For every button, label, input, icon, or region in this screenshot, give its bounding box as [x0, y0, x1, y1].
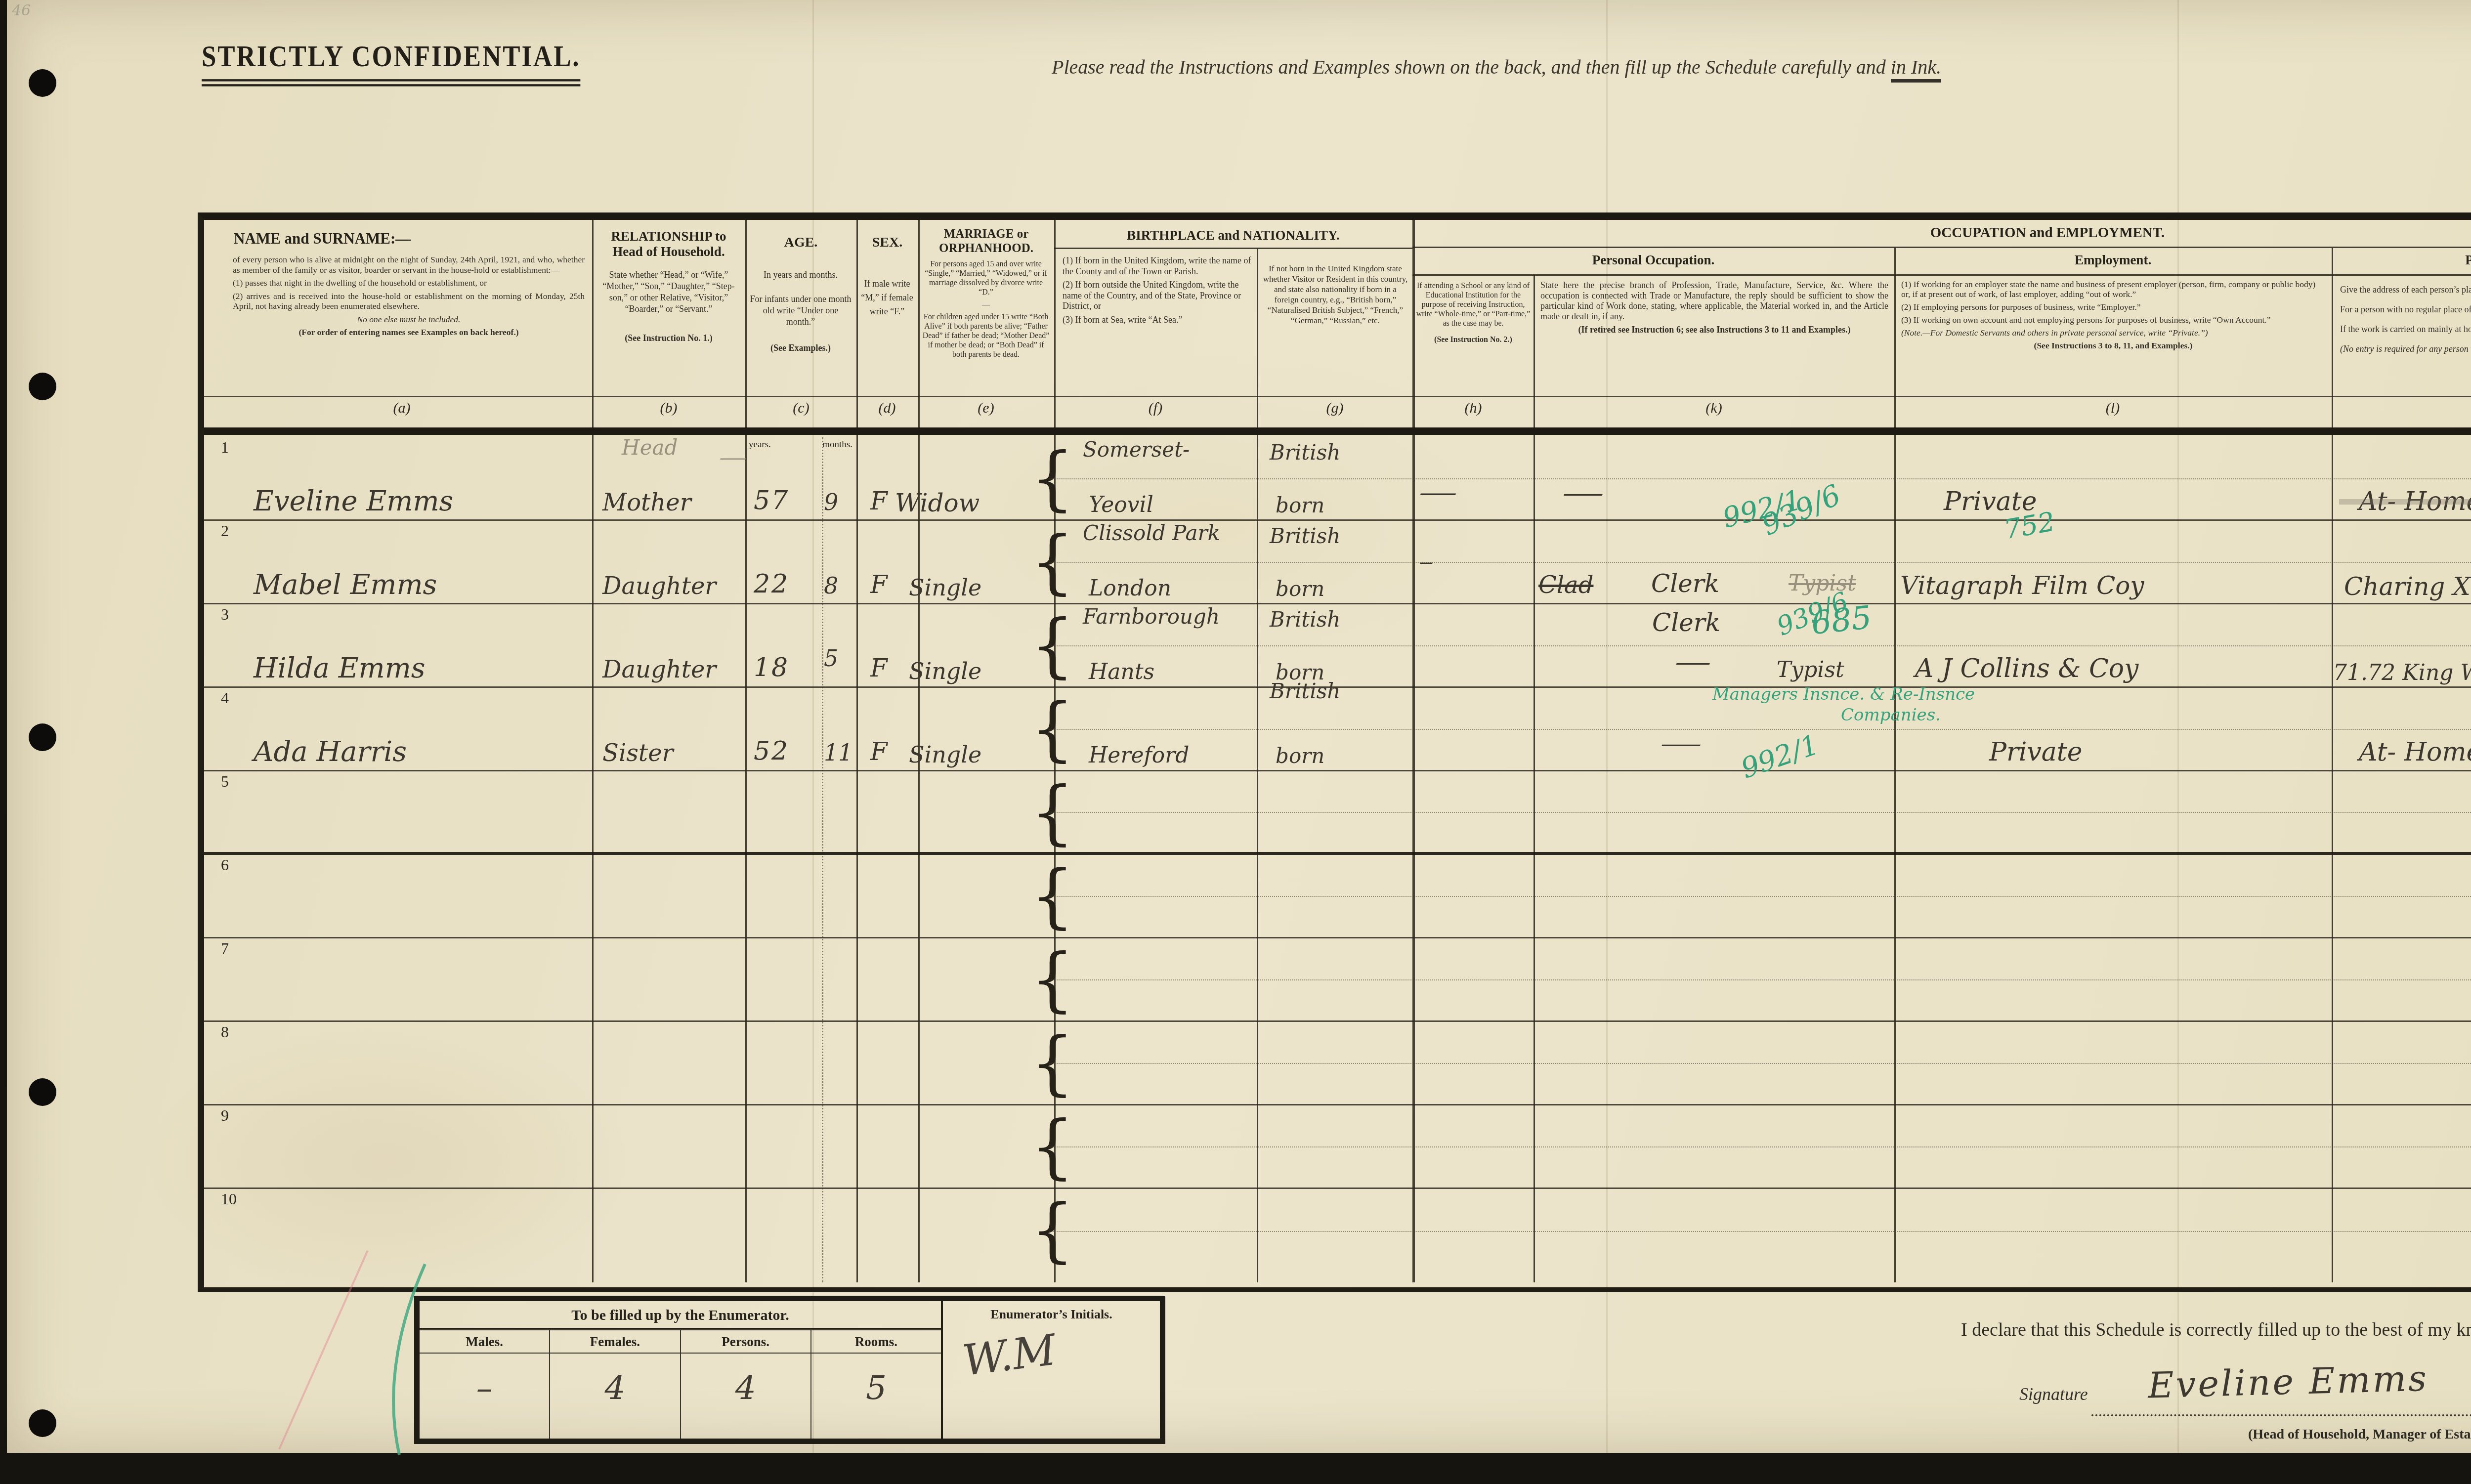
birthplace-line-2: London: [1089, 576, 1171, 601]
employment-entry: Vitagraph Film Coy: [1900, 571, 2144, 600]
row-number: 7: [221, 939, 229, 958]
row-number: 9: [221, 1106, 229, 1125]
signature-rule: [2091, 1414, 2471, 1416]
row-dotted-guide: [1049, 1063, 2471, 1064]
age-months: 11: [824, 739, 853, 766]
occupation-entry: Typist: [1777, 657, 1844, 682]
place-of-work-entry: At- Home: [2359, 737, 2471, 767]
marriage-status: Single: [909, 574, 981, 601]
nationality-line-1: British: [1270, 607, 1340, 632]
person-name: Hilda Emms: [254, 652, 426, 684]
nationality-line-1: British: [1270, 524, 1340, 548]
nationality-line-2: born: [1276, 577, 1324, 601]
top-instruction-ink: in Ink.: [1891, 56, 1941, 83]
enumerator-initials-signature: W.M: [960, 1325, 1059, 1386]
birthplace-line-1: Clissold Park: [1083, 521, 1220, 545]
school-attendance-mark: –: [1419, 551, 1434, 573]
punch-hole: [29, 723, 56, 751]
table-rows: 1{Eveline EmmsMotherHead—579FWidow—NoneS…: [204, 220, 2471, 1287]
relationship: Sister: [602, 739, 674, 767]
nationality-line-1: British: [1270, 679, 1340, 703]
row-number: 8: [221, 1023, 229, 1041]
place-of-work-entry: At- Home: [2359, 487, 2471, 516]
enumerator-summary-box: To be filled up by the Enumerator. Males…: [414, 1296, 1165, 1444]
row-number: 3: [221, 605, 229, 624]
person-name: Eveline Emms: [254, 485, 453, 517]
schedule-row-6: 6{Age last birthday.Under One12345678910…: [204, 855, 2471, 938]
birthplace-brace: {: [1030, 774, 1074, 851]
enumerator-box-title: To be filled up by the Enumerator.: [420, 1301, 941, 1330]
row-dotted-guide: [1049, 478, 2471, 479]
rooms-header: Rooms.: [811, 1330, 941, 1354]
enumerator-initials-label: Enumerator’s Initials.: [943, 1301, 1160, 1321]
schedule-row-9: 9{Age last birthday.Under One12345678910…: [204, 1105, 2471, 1189]
row-number: 1: [221, 438, 229, 457]
age-years: 52: [754, 736, 789, 766]
occupation-entry: Clerk: [1651, 569, 1719, 598]
row-number: 5: [221, 772, 229, 791]
row-dotted-guide: [1049, 896, 2471, 897]
signature-subnote: (Head of Household, Manager of Establish…: [1970, 1426, 2471, 1443]
relationship: Daughter: [602, 656, 716, 683]
schedule-row-5: 5{Age last birthday.Under One12345678910…: [204, 771, 2471, 855]
row-number: 2: [221, 522, 229, 540]
pencil-corner-mark: 46: [12, 2, 31, 19]
occupation-entry: —: [1660, 729, 1702, 758]
occupation-entry: 685: [1809, 599, 1873, 642]
top-instruction: Please read the Instructions and Example…: [1052, 55, 2406, 79]
birthplace-line-1: Farnborough: [1083, 604, 1220, 629]
schedule-row-10: 10{Age last birthday.Under One1234567891…: [204, 1189, 2471, 1272]
age-years: 57: [754, 486, 789, 515]
punch-hole: [29, 373, 56, 400]
signature-handwriting: Eveline Emms: [2147, 1357, 2429, 1406]
row-dotted-guide: [1049, 1231, 2471, 1232]
pencil-dash-mark: —: [719, 446, 747, 469]
punch-hole: [29, 1078, 56, 1106]
persons-header: Persons.: [681, 1330, 811, 1354]
sex: F: [870, 654, 888, 682]
nationality-line-2: born: [1276, 493, 1324, 517]
row-dotted-guide: [1049, 645, 2471, 646]
age-years: 18: [754, 653, 789, 682]
employment-entry: A J Collins & Coy: [1915, 654, 2138, 683]
birthplace-line-2: Hants: [1089, 659, 1154, 684]
top-instruction-text: Please read the Instructions and Example…: [1052, 56, 1891, 78]
punch-hole: [29, 69, 56, 97]
row-number: 10: [221, 1190, 237, 1208]
birthplace-line-2: Hereford: [1089, 743, 1189, 768]
employment-entry: Private: [1989, 737, 2083, 767]
school-attendance-mark: —: [1419, 478, 1457, 508]
relationship: Mother: [602, 489, 691, 516]
schedule-table: NAME and SURNAME:— of every person who i…: [198, 212, 2471, 1292]
row-dotted-guide: [1049, 729, 2471, 730]
person-name: Mabel Emms: [254, 569, 437, 601]
schedule-row-7: 7{Age last birthday.Under One12345678910…: [204, 938, 2471, 1022]
birthplace-line-2: Yeovil: [1089, 492, 1153, 517]
age-months: 5: [824, 645, 838, 672]
punch-hole: [29, 1409, 56, 1437]
occupation-entry: —: [1562, 479, 1604, 508]
person-name: Ada Harris: [254, 736, 407, 768]
sex: F: [870, 570, 888, 599]
place-of-work-entry: Charing X Road: [2344, 572, 2471, 601]
occupation-entry: Clerk: [1652, 608, 1720, 637]
males-header: Males.: [420, 1330, 550, 1354]
relationship-pencil-note: Head: [622, 435, 678, 460]
row-dotted-guide: [1049, 1146, 2471, 1147]
declaration-text: I declare that this Schedule is correctl…: [1961, 1318, 2471, 1342]
age-months: 8: [824, 572, 838, 599]
nationality-line-1: British: [1270, 440, 1340, 465]
occupation-entry: Clad: [1538, 571, 1593, 599]
row-number: 4: [221, 689, 229, 707]
confidential-heading: STRICTLY CONFIDENTIAL.: [202, 42, 581, 86]
signature-label: Signature: [2019, 1384, 2088, 1404]
schedule-row-4: 4{Ada HarrisSister5211FSingleHerefordBri…: [204, 688, 2471, 771]
sex: F: [870, 487, 888, 515]
persons-value: 4: [681, 1354, 811, 1439]
schedule-row-1: 1{Eveline EmmsMotherHead—579FWidow—NoneS…: [204, 437, 2471, 521]
marriage-status: Single: [909, 658, 981, 684]
marriage-status: Single: [909, 741, 981, 768]
relationship: Daughter: [602, 572, 716, 600]
rooms-value: 5: [811, 1354, 941, 1439]
row-number: 6: [221, 856, 229, 874]
males-value: –: [420, 1354, 550, 1439]
row-dotted-guide: [1049, 812, 2471, 813]
marriage-status: Widow: [895, 489, 980, 517]
occupation-entry: —: [1675, 649, 1711, 676]
occupation-entry: Typist: [1789, 571, 1856, 596]
row-dotted-guide: [1049, 562, 2471, 563]
schedule-row-2: 2{Mabel EmmsDaughter228FSingle––Clissold…: [204, 521, 2471, 604]
schedule-row-3: 3{Hilda EmmsDaughter185FSingleFarnboroug…: [204, 604, 2471, 688]
row-dotted-guide: [1049, 979, 2471, 980]
green-crayon-flourish: [374, 1261, 438, 1459]
schedule-row-8: 8{Age last birthday.Under One12345678910…: [204, 1022, 2471, 1105]
place-of-work-entry: 71.72 King William St-: [2333, 660, 2471, 685]
females-value: 4: [550, 1354, 681, 1439]
females-header: Females.: [550, 1330, 681, 1354]
age-months: 9: [824, 489, 838, 515]
sex: F: [870, 737, 888, 766]
signature-row: Signature Eveline Emms: [2019, 1384, 2471, 1404]
nationality-line-2: born: [1276, 744, 1324, 768]
age-years: 22: [754, 569, 789, 599]
birthplace-line-1: Somerset-: [1083, 437, 1190, 462]
